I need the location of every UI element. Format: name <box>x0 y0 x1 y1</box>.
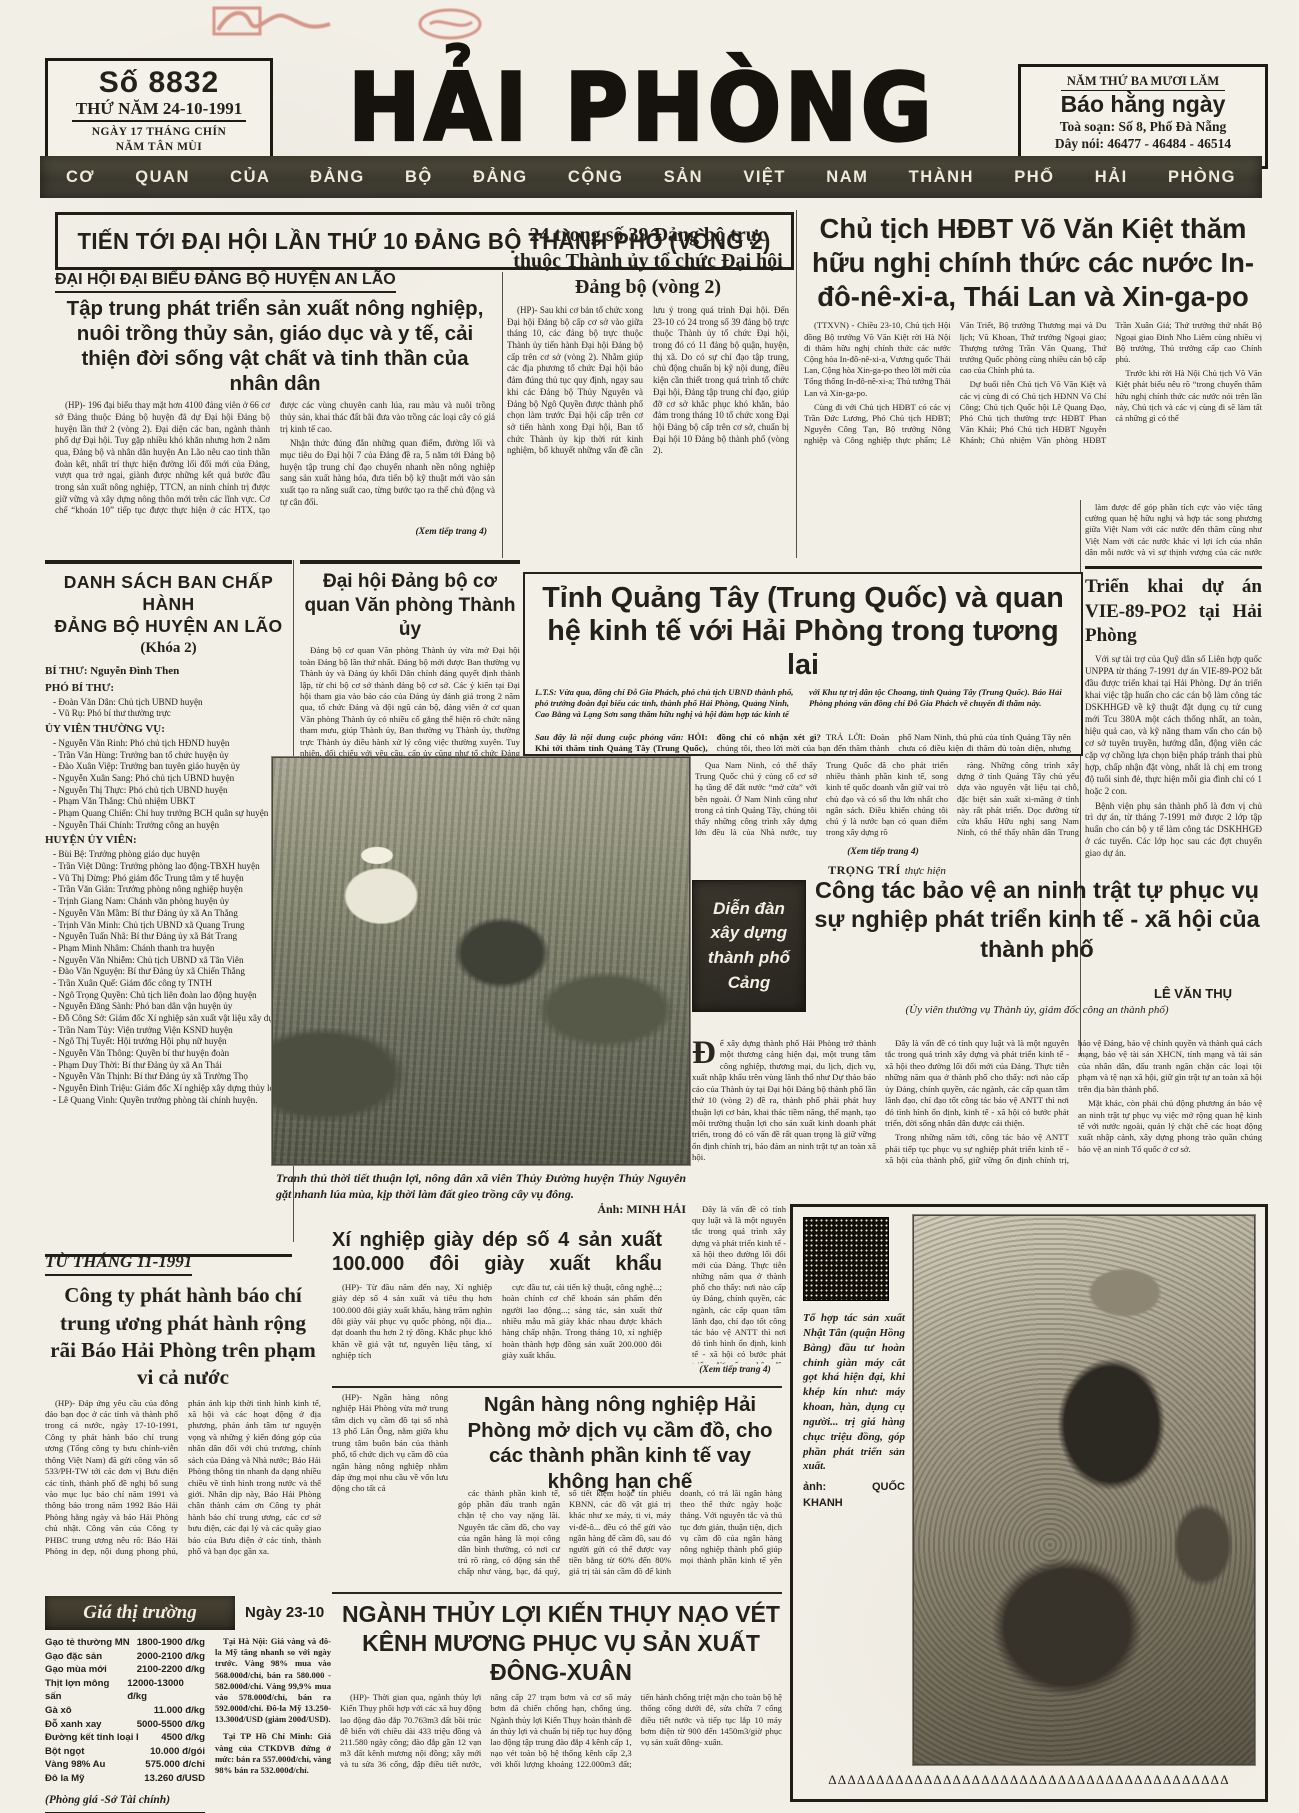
triangle-border: ΔΔΔΔΔΔΔΔΔΔΔΔΔΔΔΔΔΔΔΔΔΔΔΔΔΔΔΔΔΔΔΔΔΔΔΔΔΔΔΔ… <box>801 1773 1257 1786</box>
list-item: - Trần Xuân Quế: Giám đốc công ty TNTH <box>45 978 292 990</box>
article-body: (HP)- 196 đại biểu thay mặt hơn 4100 đản… <box>55 400 495 526</box>
market-prices: Giá thị trường Ngày 23-10 Gạo tẻ thường … <box>45 1596 333 1806</box>
organ-banner: CƠ QUAN CỦA ĐẢNG BỘ ĐẢNG CỘNG SẢN VIỆT N… <box>40 156 1262 198</box>
list-item: Gà xô11.000 đ/kg <box>45 1704 205 1718</box>
article-van-phong: Đại hội Đảng bộ cơ quan Văn phòng Thành … <box>300 560 520 766</box>
divider <box>332 1386 782 1388</box>
dropcap: Đ <box>692 1040 716 1067</box>
newspaper-title: HẢI PHÒNG <box>348 62 935 155</box>
article-headline: Triển khai dự án VIE-89-PO2 tại Hải Phòn… <box>1085 575 1262 649</box>
list-item: - Nguyễn Thái Chính: Trưởng công an huyệ… <box>45 820 292 832</box>
article-headline: Tập trung phát triển sản xuất nông nghiệ… <box>55 296 495 396</box>
article-headline: Tỉnh Quảng Tây (Trung Quốc) và quan hệ k… <box>538 582 1069 682</box>
list-item: - Trần Việt Dũng: Trưởng phòng lao động-… <box>45 861 292 873</box>
article-security-cont: Đây là vấn đề có tính quy luật và là một… <box>692 1204 786 1392</box>
list-item: Bột ngọt10.000 đ/gói <box>45 1745 205 1759</box>
list-item: - Đoàn Văn Dân: Chủ tịch UBND huyện <box>45 697 292 709</box>
list-item: - Đỗ Công Sở: Giám đốc Xí nghiệp sản xuấ… <box>45 1013 292 1025</box>
list-item: Thịt lợn mông sấn12000-13000 đ/kg <box>45 1677 205 1704</box>
office-address: Toà soạn: Số 8, Phố Đà Nẵng <box>1021 118 1265 136</box>
list-item: - Trần Văn Hùng: Trưởng ban tổ chức huyệ… <box>45 750 292 762</box>
price-source: (Phòng giá -Sở Tài chính) <box>45 1792 205 1808</box>
list-item: Gạo đặc sản2000-2100 đ/kg <box>45 1650 205 1664</box>
divider <box>502 272 503 558</box>
divider <box>796 210 797 558</box>
article-body: các thành phần kinh tế, góp phần đấu tra… <box>458 1488 782 1588</box>
list-items: BÍ THƯ: Nguyễn Đình ThenPHÓ BÍ THƯ:- Đoà… <box>45 665 292 1107</box>
list-item: - Đào Xuân Việp: Trưởng ban tuyên giáo h… <box>45 761 292 773</box>
article-headline: 24 trong số 39 Đảng bộ trực thuộc Thành … <box>507 222 789 300</box>
list-item: Đường kết tinh loại I4500 đ/kg <box>45 1731 205 1745</box>
list-item: Vàng 98% Au575.000 đ/chỉ <box>45 1758 205 1772</box>
issue-box: Số 8832 THỨ NĂM 24-10-1991 NGÀY 17 THÁNG… <box>45 58 273 170</box>
article-body: (HP)- Thời gian qua, ngành thủy lợi Kiến… <box>340 1692 782 1804</box>
article-shoe-factory: Xí nghiệp giày dép số 4 sản xuất 100.000… <box>332 1228 662 1382</box>
lunar-date-2: NĂM TÂN MÙI <box>48 140 270 156</box>
list-title: DANH SÁCH BAN CHẤP HÀNH ĐẢNG BỘ HUYỆN AN… <box>45 572 292 638</box>
publisher-box: NĂM THỨ BA MƯƠI LĂM Báo hằng ngày Toà so… <box>1018 64 1268 169</box>
workshop-feature: Tổ hợp tác sản xuất Nhật Tân (quận Hồng … <box>790 1204 1268 1802</box>
article-security-body: Để xây dựng thành phố Hải Phòng trở thàn… <box>692 1038 1262 1198</box>
list-item: BÍ THƯ: Nguyễn Đình Then <box>45 665 292 679</box>
list-item: - Trần Nam Tủy: Viện trưởng Viện KSND hu… <box>45 1025 292 1037</box>
article-security-byline: LÊ VĂN THỤ (Ủy viên thường vụ Thành ủy, … <box>812 986 1262 1032</box>
list-item: - Bùi Bệ: Trưởng phòng giáo dục huyện <box>45 849 292 861</box>
article-quang-tay: Tỉnh Quảng Tây (Trung Quốc) và quan hệ k… <box>523 572 1083 756</box>
article-body: (HP)- Từ đầu năm đến nay, Xí nghiệp giày… <box>332 1282 662 1378</box>
market-report: Tại Hà Nội: Giá vàng và đô-la Mỹ tăng nh… <box>215 1636 331 1802</box>
article-headline: Đại hội Đảng bộ cơ quan Văn phòng Thành … <box>300 570 520 641</box>
list-item: - Nguyễn Đình Triệu: Giám đốc Xí nghiệp … <box>45 1083 292 1095</box>
list-item: - Phạm Văn Thắng: Chủ nhiệm UBKT <box>45 796 292 808</box>
lunar-date-1: NGÀY 17 THÁNG CHÍN <box>48 125 270 141</box>
article-vo-van-kiet: Chủ tịch HĐBT Võ Văn Kiệt thăm hữu nghị … <box>804 212 1262 498</box>
article-headline: NGÀNH THỦY LỢI KIẾN THỤY NẠO VÉT KÊNH MƯ… <box>340 1600 782 1686</box>
red-stamp <box>210 2 340 42</box>
article-body: Với sự tài trợ của Quỹ dân số Liên hợp q… <box>1085 654 1262 860</box>
article-bank: (HP)- Ngân hàng nông nghiệp Hải Phòng vừ… <box>332 1392 782 1588</box>
newspaper-page: Số 8832 THỨ NĂM 24-10-1991 NGÀY 17 THÁNG… <box>0 0 1299 1813</box>
list-subtitle: (Khóa 2) <box>45 638 292 659</box>
article-distribution: TỪ THÁNG 11-1991 Công ty phát hành báo c… <box>45 1252 321 1592</box>
list-item: - Nguyễn Đăng Sành: Phó ban dân vận huyệ… <box>45 1001 292 1013</box>
list-item: - Nguyễn Xuân Sang: Phó chủ tịch UBND hu… <box>45 773 292 785</box>
list-item: - Nguyễn Tuấn Nhã: Bí thư Đảng ủy xã Bát… <box>45 931 292 943</box>
article-irrigation: NGÀNH THỦY LỢI KIẾN THỤY NẠO VÉT KÊNH MƯ… <box>340 1600 782 1808</box>
harvest-photo-caption: Tranh thủ thời tiết thuận lợi, nông dân … <box>276 1170 686 1228</box>
anniversary-line: NĂM THỨ BA MƯƠI LĂM <box>1061 73 1225 91</box>
list-item: - Vũ Thị Dừng: Phó giám đốc Trung tâm y … <box>45 873 292 885</box>
issue-number: Số 8832 <box>48 67 270 99</box>
list-item: Đô la Mỹ13.260 đ/USD <box>45 1772 205 1786</box>
office-phone: Dây nói: 46477 - 46484 - 46514 <box>1021 135 1265 153</box>
continued-note: (Xem tiếp trang 4) <box>55 526 495 538</box>
issue-date: THỨ NĂM 24-10-1991 <box>72 99 247 122</box>
list-item: - Phạm Minh Nhâm: Chánh thanh tra huyện <box>45 943 292 955</box>
list-item: Gạo mùa mới2100-2200 đ/kg <box>45 1663 205 1677</box>
article-headline: Ngân hàng nông nghiệp Hải Phòng mở dịch … <box>458 1392 782 1484</box>
article-vo-van-kiet-tail: làm được để góp phần tích cực vào việc t… <box>1085 502 1262 558</box>
list-item: Đỗ xanh xay5000-5500 đ/kg <box>45 1718 205 1732</box>
market-prices-title: Giá thị trường <box>45 1596 235 1630</box>
list-item: PHÓ BÍ THƯ: <box>45 682 292 696</box>
article-intro: (HP)- Ngân hàng nông nghiệp Hải Phòng vừ… <box>332 1392 448 1588</box>
article-headline: Công ty phát hành báo chí trung ương phá… <box>45 1282 321 1391</box>
list-item: - Phạm Duy Thời: Bí thư Đảng ủy xã An Th… <box>45 1060 292 1072</box>
list-item: - Nguyễn Văn Thịnh: Bí thư Đảng ủy xã Tr… <box>45 1071 292 1083</box>
halftone-ornament <box>803 1217 889 1301</box>
list-item: - Lê Quang Vinh: Quyền trưởng phòng tài … <box>45 1095 292 1107</box>
article-kicker: ĐẠI HỘI ĐẠI BIỂU ĐẢNG BỘ HUYỆN AN LÃO <box>55 270 396 293</box>
article-headline: Chủ tịch HĐBT Võ Văn Kiệt thăm hữu nghị … <box>809 212 1258 314</box>
article-24-39: 24 trong số 39 Đảng bộ trực thuộc Thành … <box>507 222 789 558</box>
list-item: HUYỆN ỦY VIÊN: <box>45 834 292 848</box>
committee-list: DANH SÁCH BAN CHẤP HÀNH ĐẢNG BỘ HUYỆN AN… <box>45 560 292 1257</box>
list-item: - Nguyễn Văn Thông: Quyền bí thư huyện đ… <box>45 1048 292 1060</box>
article-body: (HP)- Sau khi cơ bản tổ chức xong Đại hộ… <box>507 305 789 553</box>
list-item: - Trịnh Giang Nam: Chánh văn phòng huyện… <box>45 896 292 908</box>
harvest-photo <box>272 757 690 1165</box>
workshop-photo <box>913 1215 1255 1765</box>
list-item: - Trần Văn Giản: Trưởng phòng nông nghiệ… <box>45 884 292 896</box>
list-item: - Trịnh Văn Minh: Chủ tịch UBND xã Quang… <box>45 920 292 932</box>
list-item: - Đào Văn Nguyện: Bí thư Đảng ủy xã Chiế… <box>45 966 292 978</box>
price-list: Gạo tẻ thường MN1800-1900 đ/kgGạo đặc sả… <box>45 1636 205 1786</box>
market-prices-date: Ngày 23-10 <box>245 1596 324 1630</box>
forum-box: Diễn đàn xây dựng thành phố Cảng <box>692 880 806 1012</box>
article-an-lao: ĐẠI HỘI ĐẠI BIỂU ĐẢNG BỘ HUYỆN AN LÃO Tậ… <box>55 270 495 558</box>
article-headline: Xí nghiệp giày dép số 4 sản xuất 100.000… <box>332 1228 662 1277</box>
article-body: (TTXVN) - Chiều 23-10, Chủ tịch Hội đồng… <box>804 320 1262 464</box>
article-security-headline: Công tác bảo vệ an ninh trật tự phục vụ … <box>812 876 1262 982</box>
daily-label: Báo hằng ngày <box>1021 91 1265 117</box>
list-item: - Ngô Thị Tuyết: Hội trưởng Hội phụ nữ h… <box>45 1036 292 1048</box>
article-quang-tay-cont: Qua Nam Ninh, có thể thấy Trung Quốc chú… <box>695 760 1079 874</box>
list-item: - Ngô Trọng Quyền: Chủ tịch liên đoàn la… <box>45 990 292 1002</box>
list-item: - Nguyễn Thị Thực: Phó chủ tịch UBND huy… <box>45 785 292 797</box>
article-kicker: TỪ THÁNG 11-1991 <box>45 1252 192 1276</box>
list-item: Gạo tẻ thường MN1800-1900 đ/kg <box>45 1636 205 1650</box>
article-body: Đảng bộ cơ quan Văn phòng Thành ủy vừa m… <box>300 645 520 767</box>
list-item: - Nguyễn Văn Rinh: Phó chủ tịch HĐND huy… <box>45 738 292 750</box>
workshop-caption: Tổ hợp tác sản xuất Nhật Tân (quận Hồng … <box>803 1311 905 1761</box>
editor-note: L.T.S: Vừa qua, đồng chí Đỗ Gia Phách, p… <box>535 687 1071 729</box>
list-item: ỦY VIÊN THƯỜNG VỤ: <box>45 723 292 737</box>
divider <box>332 1592 782 1594</box>
list-item: - Nguyễn Văn Mầm: Bí thư Đảng ủy xã An T… <box>45 908 292 920</box>
list-item: - Nguyễn Văn Nhiễm: Chủ tịch UBND xã Tân… <box>45 955 292 967</box>
list-item: - Phạm Quang Chiến: Chỉ huy trưởng BCH q… <box>45 808 292 820</box>
continued-note: (Xem tiếp trang 4) <box>695 846 1079 858</box>
article-body: (HP)- Đáp ứng yêu cầu của đông đảo bạn đ… <box>45 1398 321 1578</box>
list-item: - Vũ Rụ: Phó bí thư thường trực <box>45 708 292 720</box>
red-stamp <box>416 6 488 42</box>
